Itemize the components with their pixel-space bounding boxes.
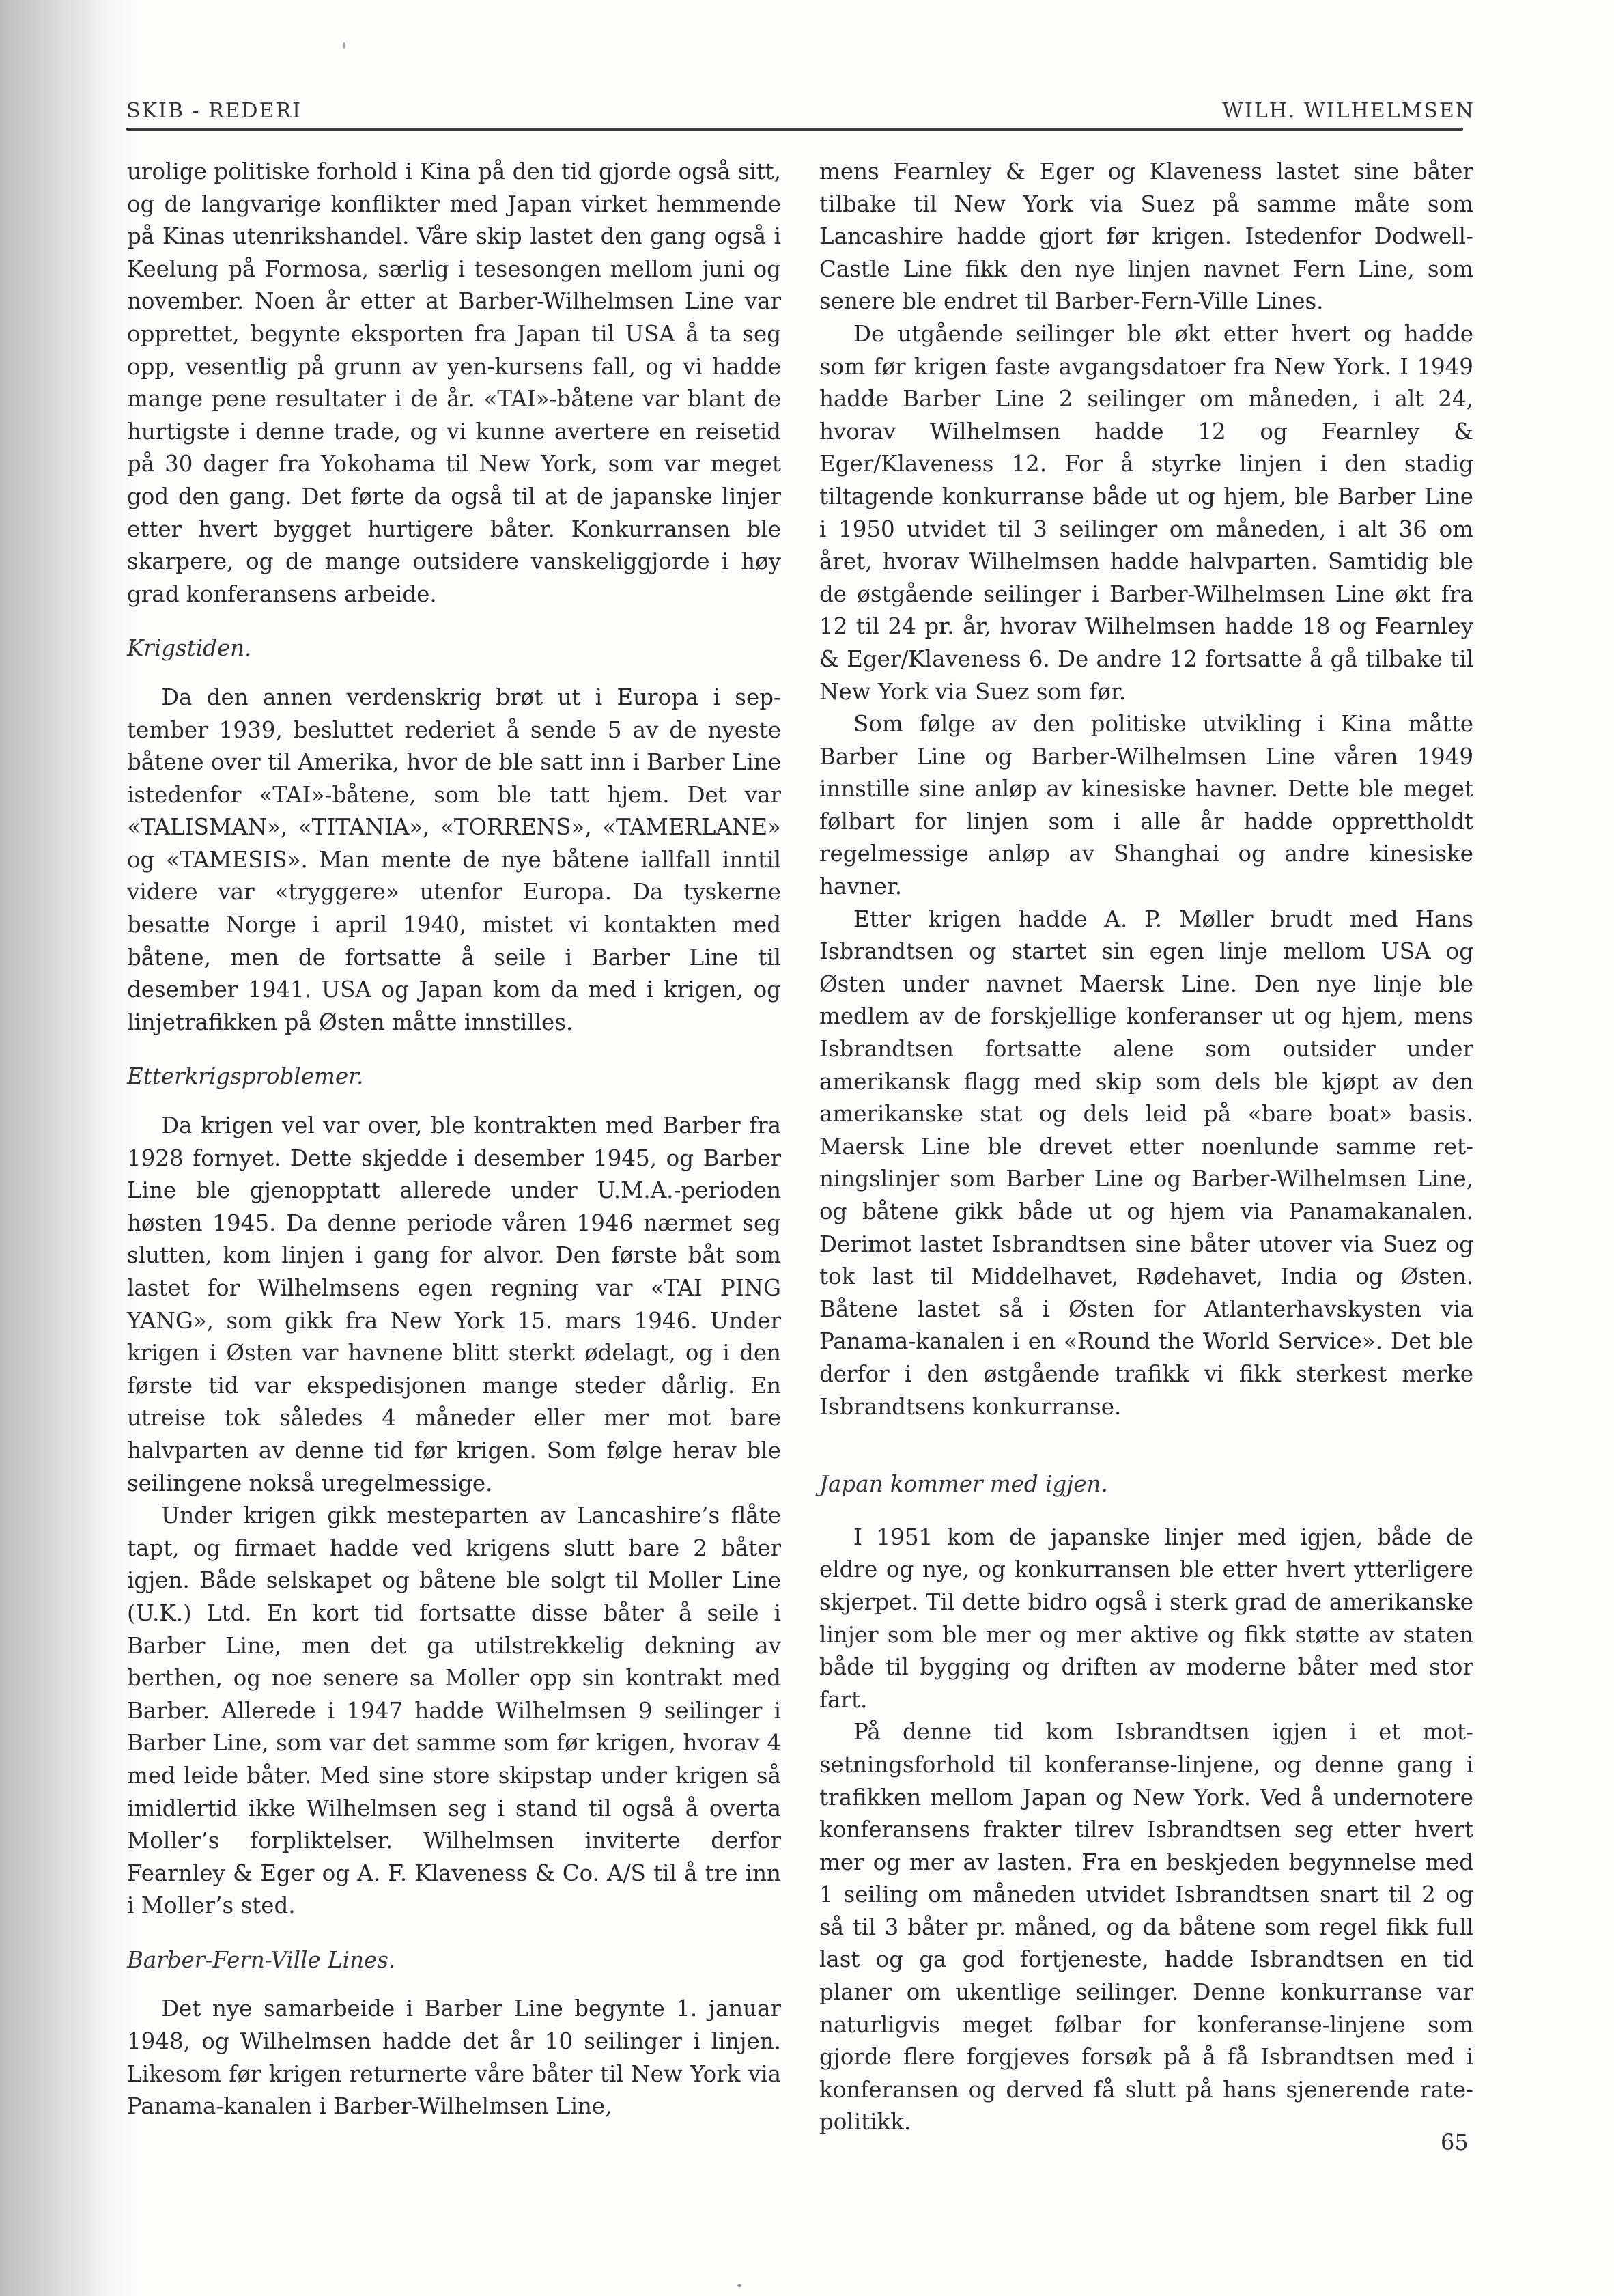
paragraph: Det nye samarbeide i Barber Line begynte…: [127, 1993, 781, 2123]
paragraph: Da den annen verdenskrig brøt ut i Europ…: [127, 682, 781, 1039]
page-gutter-shadow: [0, 0, 137, 2296]
section-heading-krigstiden: Krigstiden.: [127, 632, 781, 665]
right-column: mens Fearnley & Eger og Klaveness lastet…: [819, 156, 1473, 2139]
header-rule: [126, 128, 1463, 131]
scan-speck: [343, 42, 345, 49]
header-company-name: WILH. WILHELMSEN: [1222, 99, 1475, 123]
paragraph: mens Fearnley & Eger og Klaveness lastet…: [819, 156, 1473, 318]
section-heading-japan-kommer-med-igjen: Japan kommer med igjen.: [819, 1468, 1473, 1501]
page-number: 65: [1441, 2129, 1469, 2155]
section-heading-etterkrigsproblemer: Etterkrigsproblemer.: [127, 1061, 781, 1093]
paragraph: Da krigen vel var over, ble kontrakten m…: [127, 1110, 781, 1500]
paragraph: På denne tid kom Isbrandtsen igjen i et …: [819, 1716, 1473, 2139]
left-column: urolige politiske forhold i Kina på den …: [127, 156, 781, 2123]
header-section-title: SKIB - REDERI: [126, 99, 302, 123]
running-header: SKIB - REDERI WILH. WILHELMSEN: [126, 92, 1475, 123]
paragraph: Som følge av den politiske utvikling i K…: [819, 708, 1473, 904]
section-heading-barber-fern-ville: Barber-Fern-Ville Lines.: [127, 1944, 781, 1977]
paragraph: urolige politiske forhold i Kina på den …: [127, 156, 781, 611]
paragraph: De utgående seilinger ble økt etter hver…: [819, 318, 1473, 708]
paragraph: Under krigen gikk mesteparten av Lancash…: [127, 1500, 781, 1922]
paragraph: Etter krigen hadde A. P. Møller brudt me…: [819, 904, 1473, 1424]
scan-speck: [737, 2284, 741, 2287]
paragraph: I 1951 kom de japanske linjer med igjen,…: [819, 1522, 1473, 1717]
